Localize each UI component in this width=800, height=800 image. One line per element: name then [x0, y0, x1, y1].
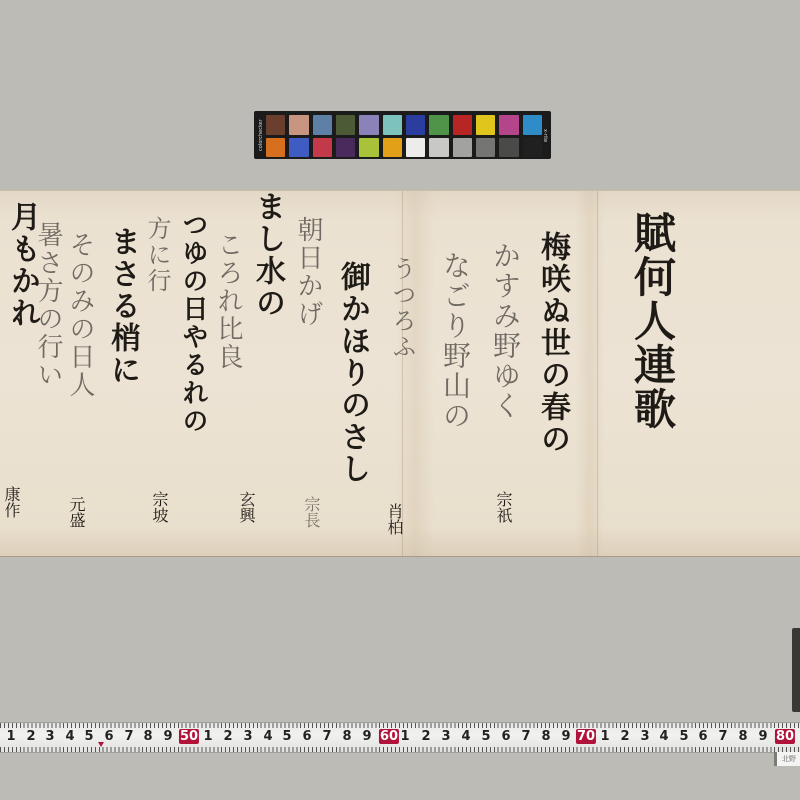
- ruler-label: 5: [282, 729, 291, 744]
- ruler-label: 7: [124, 729, 133, 744]
- ruler-label: 4: [263, 729, 272, 744]
- color-patch: [453, 115, 472, 135]
- color-patch: [499, 115, 518, 135]
- verse-column: かすみ野ゆく: [485, 241, 525, 421]
- ruler-label: 2: [620, 729, 629, 744]
- ruler-label: 4: [659, 729, 668, 744]
- ruler-major-label: 70: [576, 729, 596, 744]
- ruler-ticks-top: [0, 723, 800, 728]
- poet-signature: 玄興: [235, 491, 258, 523]
- color-patch: [499, 138, 518, 158]
- color-patch: [476, 138, 495, 158]
- color-patch: [429, 115, 448, 135]
- ruler-label: 9: [758, 729, 767, 744]
- ruler-label: 9: [362, 729, 371, 744]
- ruler-label: 6: [501, 729, 510, 744]
- color-patch: [359, 115, 378, 135]
- water-stain: [575, 191, 605, 556]
- verse-column: そのみの日人: [62, 231, 99, 399]
- ruler-major-label: 60: [379, 729, 399, 744]
- color-patch: [313, 138, 332, 158]
- color-patch: [266, 115, 285, 135]
- poet-signature: 康作: [0, 486, 23, 518]
- color-patch: [523, 115, 542, 135]
- calligraphy-scroll: 賦何人連歌梅咲ぬ世の春のかすみ野ゆくなごり野山のうつろふ御かほりのさし朝日かげま…: [0, 191, 800, 556]
- ruler-label: 6: [698, 729, 707, 744]
- ruler-label: 7: [718, 729, 727, 744]
- ruler-major-label: 50: [179, 729, 199, 744]
- ruler-label: 6: [302, 729, 311, 744]
- color-patch: [266, 138, 285, 158]
- poet-signature: 宗長: [300, 496, 323, 528]
- color-patch: [406, 115, 425, 135]
- color-patch: [289, 115, 308, 135]
- catalog-label: 北野: [774, 752, 800, 766]
- ruler-label: 9: [561, 729, 570, 744]
- color-patch: [289, 138, 308, 158]
- verse-column: ころれ比良: [210, 231, 247, 371]
- color-patch: [336, 115, 355, 135]
- verse-column: 月もかれ: [0, 201, 44, 329]
- ruler-major-label: 80: [775, 729, 795, 744]
- verse-column: うつろふ: [385, 256, 420, 360]
- paper-seam: [597, 191, 598, 556]
- ruler-label: 5: [679, 729, 688, 744]
- ruler-label: 1: [400, 729, 409, 744]
- color-patch: [476, 115, 495, 135]
- verse-column: 方に行: [140, 216, 175, 294]
- verse-column: 御かほりのさし: [330, 261, 374, 485]
- ruler-label: 3: [243, 729, 252, 744]
- ruler-label: 3: [441, 729, 450, 744]
- ruler-label: 3: [45, 729, 54, 744]
- ruler-label: 4: [461, 729, 470, 744]
- verse-column: まさる梢に: [100, 226, 144, 386]
- color-patch: [336, 138, 355, 158]
- ruler-label: 5: [84, 729, 93, 744]
- color-patch: [359, 138, 378, 158]
- poet-signature: 宗祇: [492, 491, 515, 523]
- edge-object: [792, 628, 800, 712]
- color-patch: [383, 115, 402, 135]
- ruler-label: 7: [521, 729, 530, 744]
- color-patch: [429, 138, 448, 158]
- ruler-label: 1: [600, 729, 609, 744]
- verse-column: まし水の: [245, 191, 289, 319]
- ruler-ticks-bottom: [0, 747, 800, 752]
- color-checker-maker: x-rite: [541, 121, 549, 151]
- ruler-label: 8: [738, 729, 747, 744]
- color-patch-grid: [266, 115, 542, 157]
- poet-signature: 宗坡: [148, 491, 171, 523]
- ruler-label: 3: [640, 729, 649, 744]
- color-checker-chart: colorchecker x-rite: [254, 111, 551, 159]
- color-patch: [383, 138, 402, 158]
- water-stain: [395, 191, 435, 556]
- ruler-label: 1: [6, 729, 15, 744]
- ruler-label: 2: [223, 729, 232, 744]
- ruler-marker-icon: [98, 742, 104, 747]
- ruler-label: 6: [104, 729, 113, 744]
- color-checker-brand: colorchecker: [257, 115, 265, 155]
- ruler-label: 9: [163, 729, 172, 744]
- verse-column: 賦何人連歌: [622, 211, 682, 431]
- ruler-label: 2: [421, 729, 430, 744]
- ruler-label: 4: [65, 729, 74, 744]
- poet-signature: 肖柏: [383, 503, 406, 535]
- ruler-label: 5: [481, 729, 490, 744]
- color-patch: [523, 138, 542, 158]
- verse-column: 梅咲ぬ世の春の: [530, 231, 574, 455]
- ruler-label: 2: [26, 729, 35, 744]
- verse-column: なごり野山の: [435, 251, 475, 431]
- ruler-label: 7: [322, 729, 331, 744]
- paper-seam: [402, 191, 403, 556]
- ruler-label: 1: [203, 729, 212, 744]
- color-patch: [313, 115, 332, 135]
- ruler-label: 8: [342, 729, 351, 744]
- color-patch: [406, 138, 425, 158]
- color-patch: [453, 138, 472, 158]
- ruler-label: 8: [143, 729, 152, 744]
- verse-column: つゆの日やるれの: [175, 211, 212, 435]
- ruler-label: 8: [541, 729, 550, 744]
- measuring-tape: 1234567895012345678960123456789701234567…: [0, 722, 800, 753]
- verse-column: 朝日かげ: [290, 216, 327, 328]
- poet-signature: 元盛: [65, 496, 88, 528]
